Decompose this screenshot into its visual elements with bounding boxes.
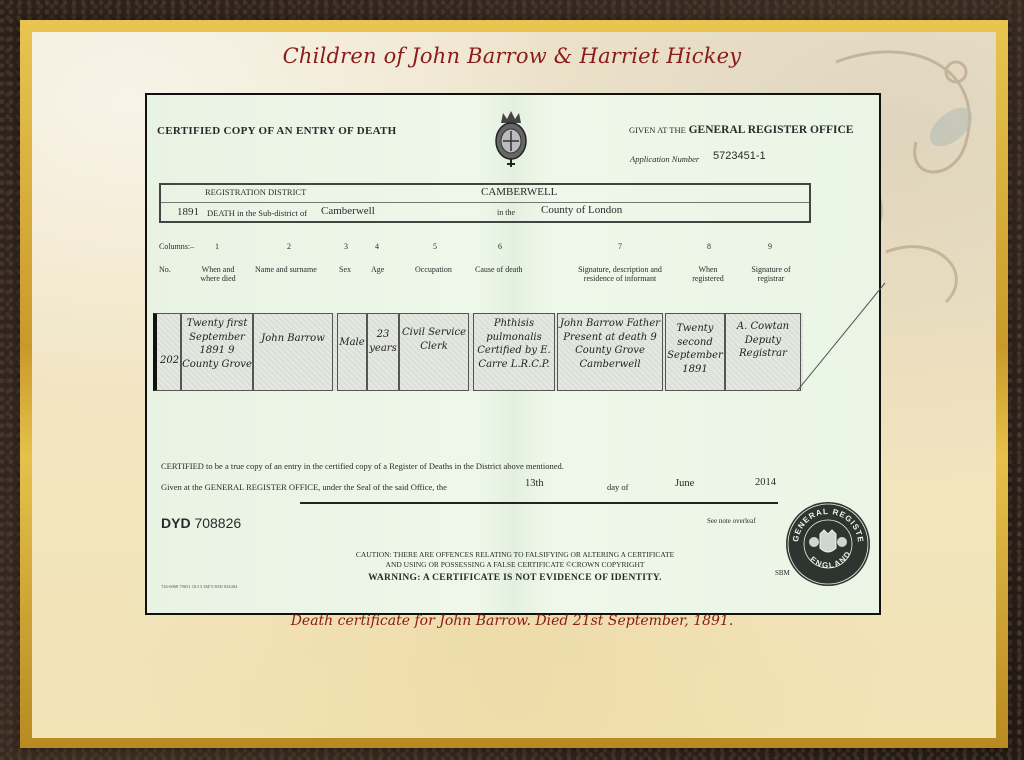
columns-label: Columns:–	[159, 242, 194, 251]
serial-number: DYD 708826	[161, 515, 241, 531]
caution-line-2: AND USING OR POSSESSING A FALSE CERTIFIC…	[147, 560, 883, 570]
column-header-when-registered: When registered	[685, 265, 731, 283]
given-at-statement: Given at the GENERAL REGISTER OFFICE, un…	[161, 482, 447, 492]
certificate-caption: Death certificate for John Barrow. Died …	[0, 613, 1024, 629]
entry-number: 202	[153, 313, 181, 391]
death-certificate: CERTIFIED COPY OF AN ENTRY OF DEATH GIVE…	[145, 93, 881, 615]
general-register-office-seal-icon: GENERAL REGISTER OFFICE ENGLAND	[784, 500, 872, 588]
county-value: County of London	[541, 204, 622, 216]
entry-registrar-signature: A. Cowtan Deputy Registrar	[725, 313, 801, 391]
certificate-title: CERTIFIED COPY OF AN ENTRY OF DEATH	[157, 125, 397, 137]
entry-when-where: Twenty first September 1891 9 County Gro…	[181, 313, 253, 391]
day-of-label: day of	[607, 482, 628, 492]
subdistrict-value: Camberwell	[321, 205, 375, 217]
column-number-6: 6	[498, 242, 502, 251]
issue-year: 2014	[755, 477, 776, 488]
caution-line-1: CAUTION: THERE ARE OFFENCES RELATING TO …	[147, 550, 883, 560]
issue-month: June	[675, 478, 694, 489]
column-header-registrar: Signature of registrar	[743, 265, 799, 283]
column-header-informant: Signature, description and residence of …	[565, 265, 675, 283]
column-number-9: 9	[768, 242, 772, 251]
subdistrict-label: DEATH in the Sub-district of	[207, 208, 307, 218]
entry-when-registered: Twenty second September 1891	[665, 313, 725, 391]
diagonal-cancel-line	[797, 281, 887, 393]
entry-name: John Barrow	[253, 313, 333, 391]
registration-district-box: REGISTRATION DISTRICT CAMBERWELL 1891 DE…	[159, 183, 811, 223]
certified-statement: CERTIFIED to be a true copy of an entry …	[161, 461, 564, 471]
identity-warning: WARNING: A CERTIFICATE IS NOT EVIDENCE O…	[147, 573, 883, 583]
entry-sex: Male	[337, 313, 367, 391]
column-number-2: 2	[287, 242, 291, 251]
signature-line	[300, 502, 778, 504]
registration-district-value: CAMBERWELL	[481, 186, 557, 198]
column-header-no: No.	[159, 265, 171, 274]
entry-occupation: Civil Service Clerk	[399, 313, 469, 391]
registration-year: 1891	[177, 206, 199, 218]
entry-informant: John Barrow Father Present at death 9 Co…	[557, 313, 663, 391]
column-header-occupation: Occupation	[415, 265, 452, 274]
column-number-5: 5	[433, 242, 437, 251]
in-the-label: in the	[497, 208, 515, 217]
given-at-office: GIVEN AT THE GENERAL REGISTER OFFICE	[629, 124, 853, 136]
column-header-when-where: When and where died	[195, 265, 241, 283]
print-code: 726-0068 79651 10/13 3M/T/S5D 034484	[161, 584, 237, 589]
column-number-8: 8	[707, 242, 711, 251]
column-header-name: Name and surname	[255, 265, 317, 274]
column-header-sex: Sex	[339, 265, 351, 274]
see-note-overleaf: See note overleaf	[707, 517, 756, 525]
royal-crest-icon	[491, 109, 531, 171]
registration-district-label: REGISTRATION DISTRICT	[205, 187, 306, 197]
application-number-label: Application Number	[630, 154, 699, 164]
seal-initials: SBM	[775, 569, 790, 577]
column-number-3: 3	[344, 242, 348, 251]
issue-day: 13th	[525, 478, 544, 489]
column-number-1: 1	[215, 242, 219, 251]
column-number-4: 4	[375, 242, 379, 251]
column-header-cause: Cause of death	[475, 265, 523, 274]
column-number-7: 7	[618, 242, 622, 251]
entry-cause-of-death: Phthisis pulmonalis Certified by E. Carr…	[473, 313, 555, 391]
page-title: Children of John Barrow & Harriet Hickey	[0, 44, 1024, 68]
column-header-age: Age	[371, 265, 384, 274]
entry-age: 23 years	[367, 313, 399, 391]
application-number: 5723451-1	[713, 150, 766, 162]
death-entry-row: 202 Twenty first September 1891 9 County…	[153, 313, 803, 391]
